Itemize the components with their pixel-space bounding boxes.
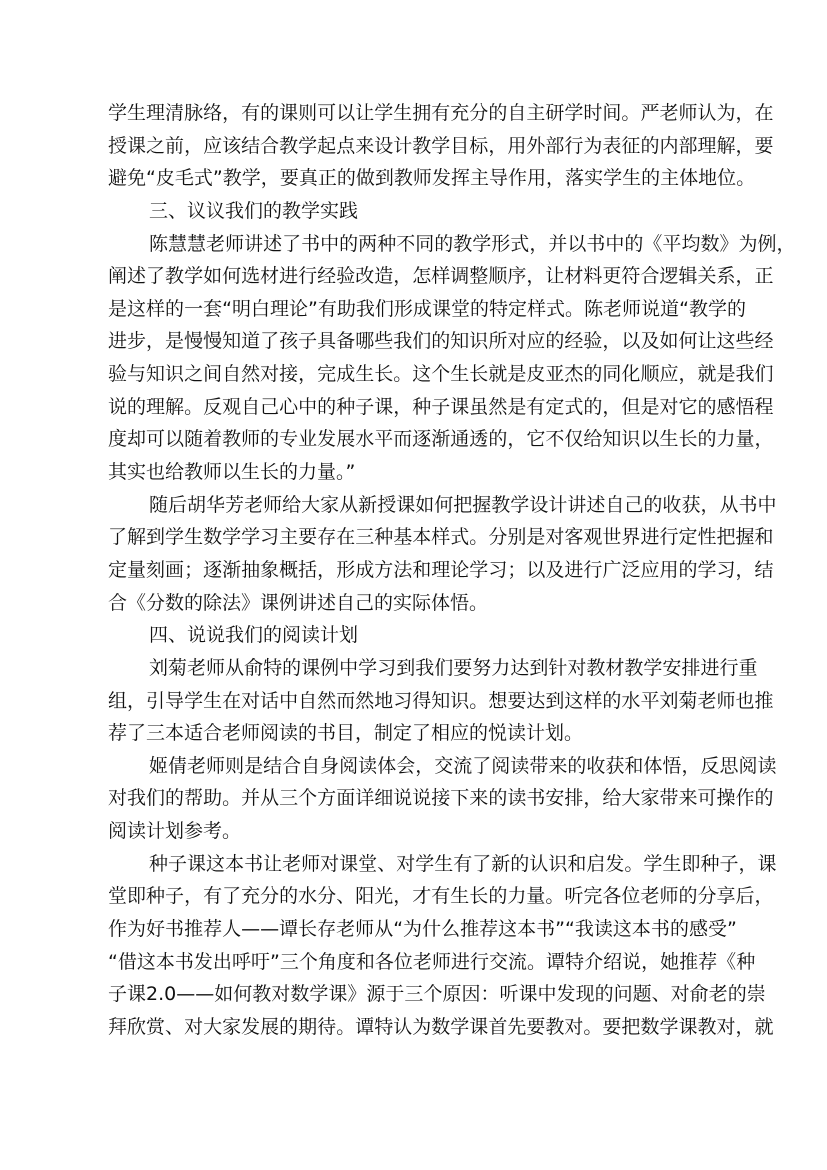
text-line: 阐述了教学如何选材进行经验改造，怎样调整顺序，让材料更符合逻辑关系，正 xyxy=(108,260,710,293)
document-page: 学生理清脉络，有的课则可以让学生拥有充分的自主研学时间。严老师认为，在授课之前，… xyxy=(108,97,710,1044)
line-text: 三、议议我们的教学实践 xyxy=(149,195,358,228)
line-text: 四、说说我们的阅读计划 xyxy=(149,619,358,652)
text-line: “借这本书发出呼吁”三个角度和各位老师进行交流。谭特介绍说，她推荐《种 xyxy=(108,946,710,979)
text-line: 进步，是慢慢知道了孩子具备哪些我们的知识所对应的经验，以及如何让这些经 xyxy=(108,325,710,358)
line-text: 其实也给教师以生长的力量。” xyxy=(108,456,355,489)
text-line: 子课 2.0——如何教对数学课》源于三个原因：听课中发现的问题、对俞老的崇 xyxy=(108,978,710,1011)
text-line: 阅读计划参考。 xyxy=(108,815,710,848)
text-line: 陈慧慧老师讲述了书中的两种不同的教学形式，并以书中的《平均数》为例， xyxy=(108,228,710,261)
text-line: 拜欣赏、对大家发展的期待。谭特认为数学课首先要教对。要把数学课教对，就 xyxy=(108,1011,710,1044)
text-line: 授课之前，应该结合教学起点来设计教学目标，用外部行为表征的内部理解，要 xyxy=(108,130,710,163)
text-line: 了解到学生数学学习主要存在三种基本样式。分别是对客观世界进行定性把握和 xyxy=(108,521,710,554)
text-line: 其实也给教师以生长的力量。” xyxy=(108,456,710,489)
text-line: 学生理清脉络，有的课则可以让学生拥有充分的自主研学时间。严老师认为，在 xyxy=(108,97,710,130)
text-line: 验与知识之间自然对接，完成生长。这个生长就是皮亚杰的同化顺应，就是我们 xyxy=(108,358,710,391)
text-line: 种子课这本书让老师对课堂、对学生有了新的认识和启发。学生即种子，课 xyxy=(108,848,710,881)
text-line: 说的理解。反观自己心中的种子课，种子课虽然是有定式的，但是对它的感悟程 xyxy=(108,391,710,424)
line-text: 合《分数的除法》课例讲述自己的实际体悟。 xyxy=(108,587,488,620)
text-line: 避免“皮毛式”教学，要真正的做到教师发挥主导作用，落实学生的主体地位。 xyxy=(108,162,710,195)
text-line: 是这样的一套“明白理论”有助我们形成课堂的特定样式。陈老师说道“教学的 xyxy=(108,293,710,326)
text-line: 组，引导学生在对话中自然而然地习得知识。想要达到这样的水平刘菊老师也推 xyxy=(108,685,710,718)
text-line: 三、议议我们的教学实践 xyxy=(108,195,710,228)
text-line: 刘菊老师从俞特的课例中学习到我们要努力达到针对教材教学安排进行重 xyxy=(108,652,710,685)
line-text: 荐了三本适合老师阅读的书目，制定了相应的悦读计划。 xyxy=(108,717,583,750)
text-line: 度却可以随着教师的专业发展水平而逐渐通透的，它不仅给知识以生长的力量， xyxy=(108,423,710,456)
text-line: 姬倩老师则是结合自身阅读体会，交流了阅读带来的收获和体悟，反思阅读 xyxy=(108,750,710,783)
text-line: 随后胡华芳老师给大家从新授课如何把握教学设计讲述自己的收获，从书中 xyxy=(108,489,710,522)
line-text: 阅读计划参考。 xyxy=(108,815,241,848)
text-line: 荐了三本适合老师阅读的书目，制定了相应的悦读计划。 xyxy=(108,717,710,750)
text-line: 四、说说我们的阅读计划 xyxy=(108,619,710,652)
text-line: 对我们的帮助。并从三个方面详细说说接下来的读书安排，给大家带来可操作的 xyxy=(108,782,710,815)
text-line: 合《分数的除法》课例讲述自己的实际体悟。 xyxy=(108,587,710,620)
text-line: 堂即种子，有了充分的水分、阳光，才有生长的力量。听完各位老师的分享后， xyxy=(108,880,710,913)
text-line: 作为好书推荐人——谭长存老师从“为什么推荐这本书”“我读这本书的感受” xyxy=(108,913,710,946)
text-line: 定量刻画；逐渐抽象概括，形成方法和理论学习；以及进行广泛应用的学习，结 xyxy=(108,554,710,587)
